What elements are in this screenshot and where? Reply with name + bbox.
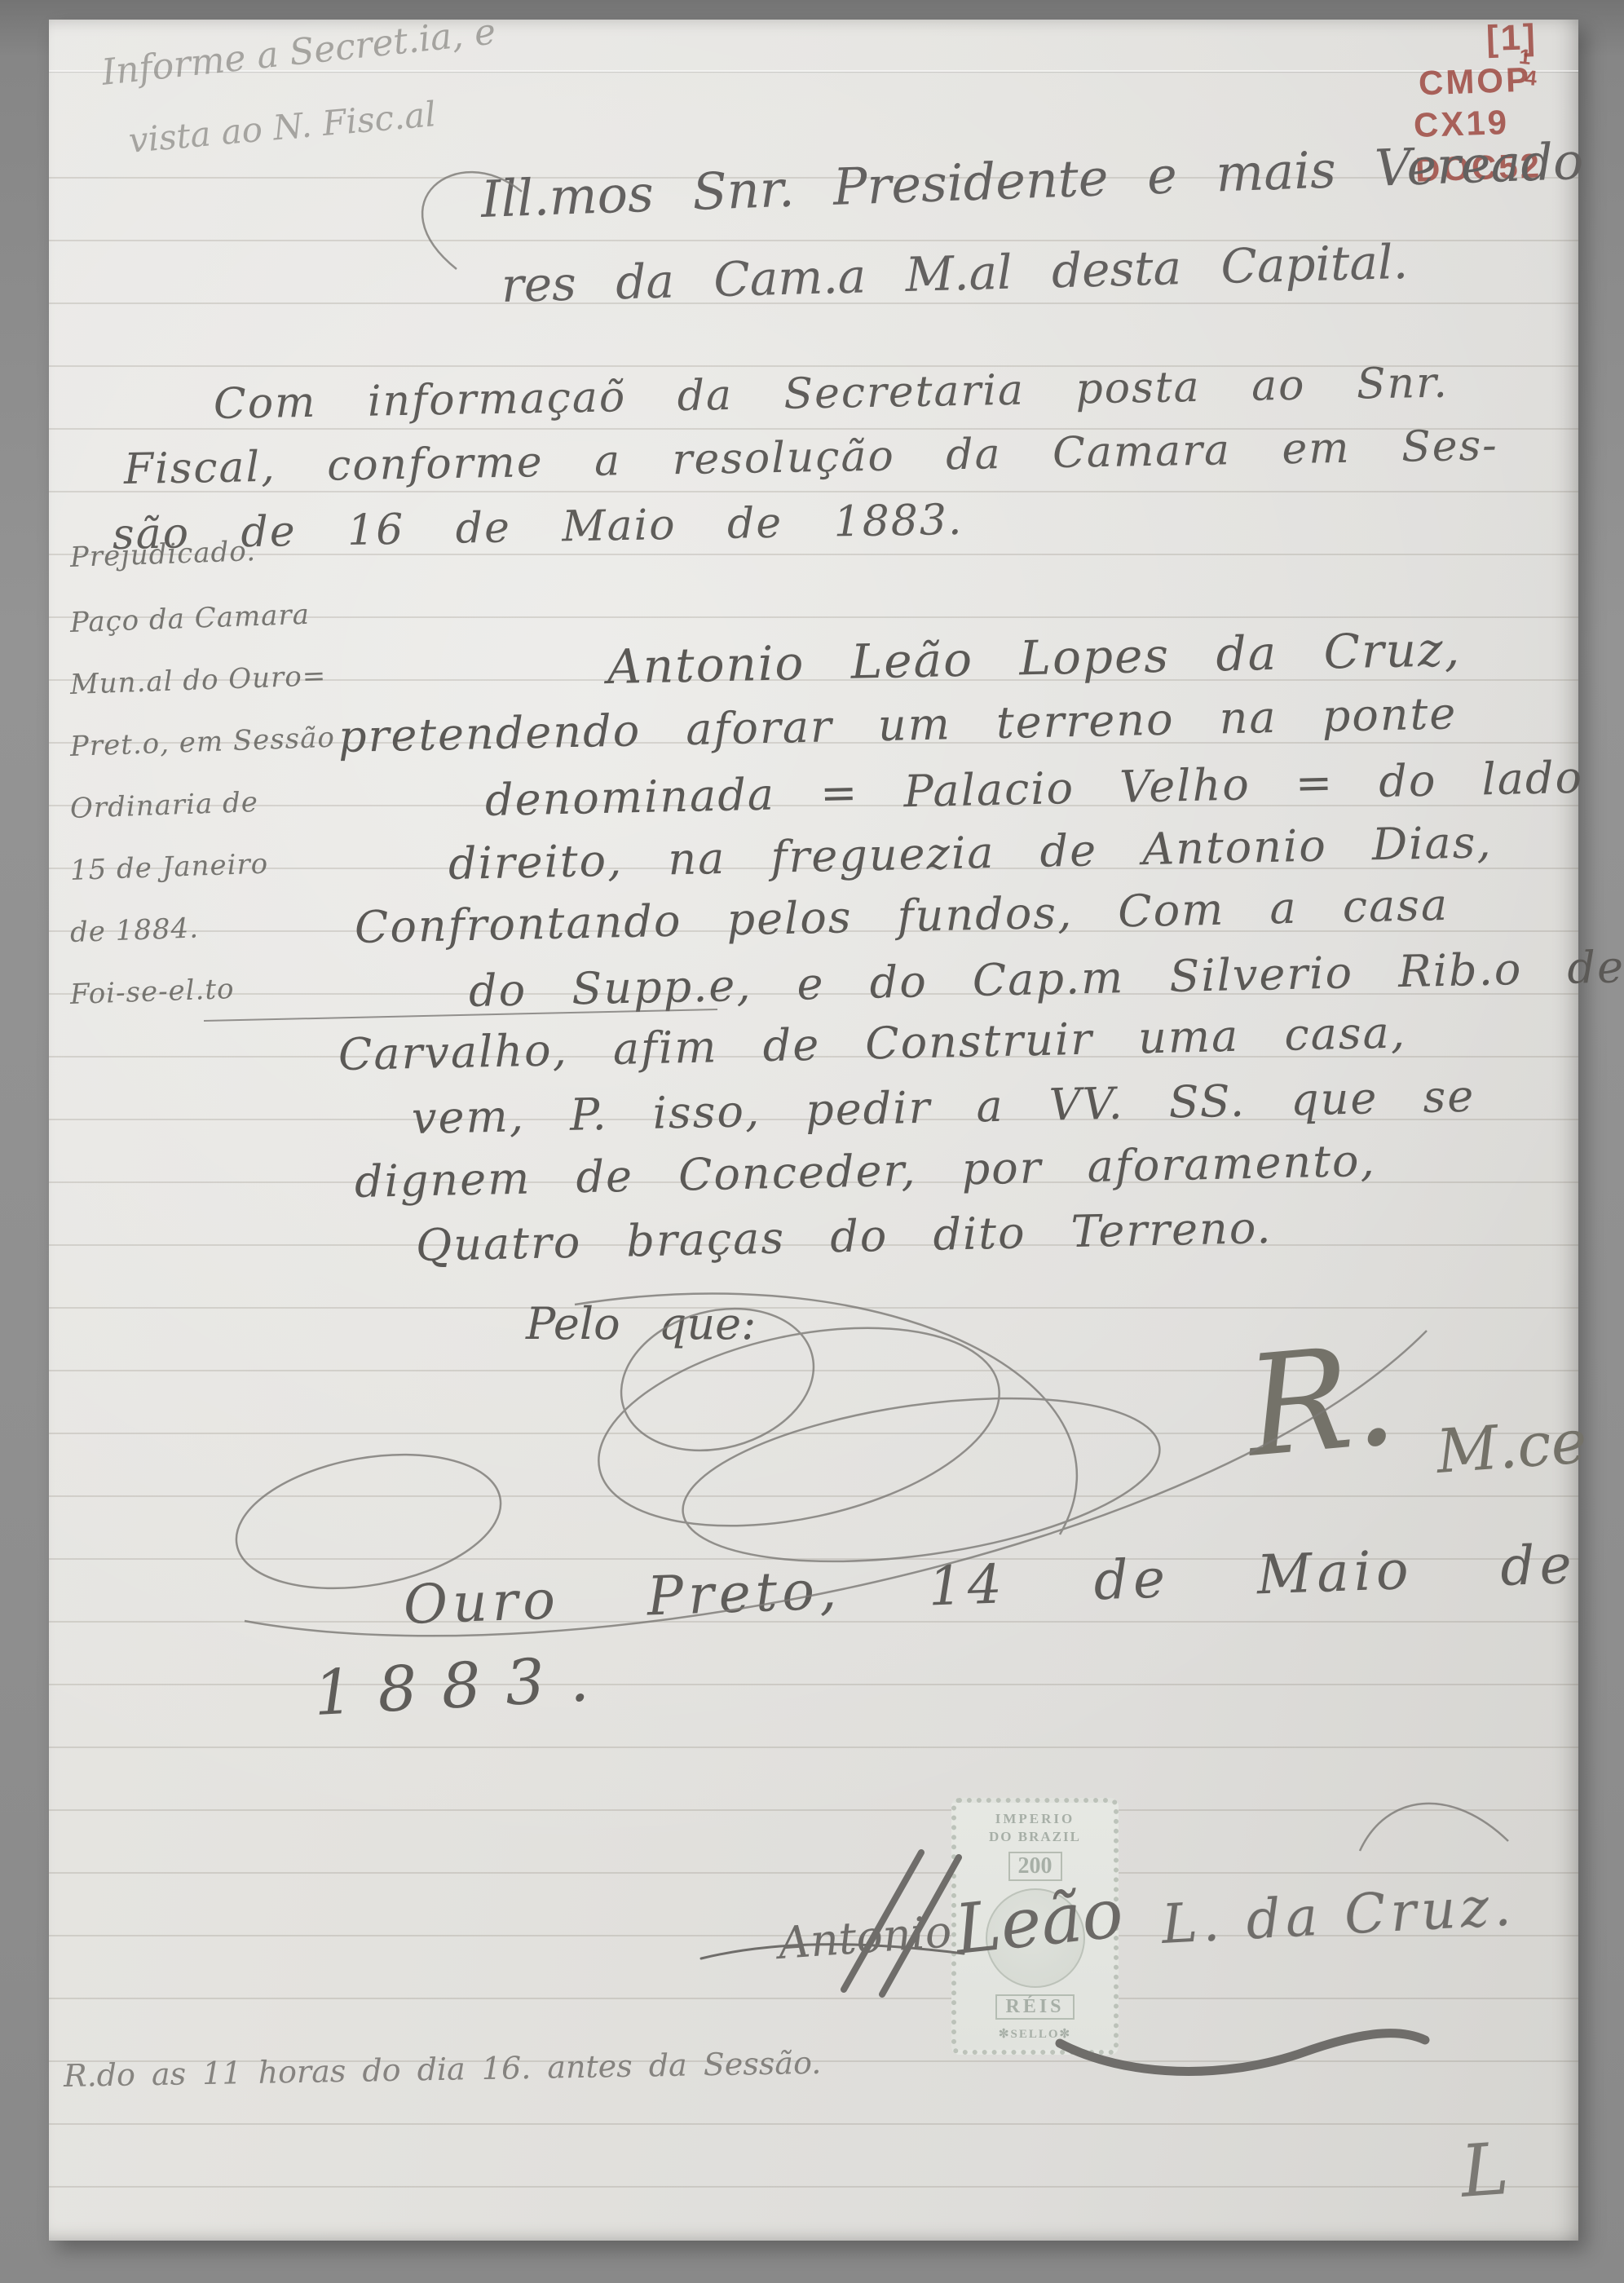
stamp-currency: RÉIS (995, 1994, 1074, 2020)
stamp-country-line-2: DO BRAZIL (989, 1829, 1081, 1845)
archive-fraction-bottom: 4 (1524, 67, 1540, 88)
archive-fund-code: CMOP (1418, 60, 1532, 104)
margin-note: Prejudicado. (69, 535, 256, 574)
stamp-value: 200 (1008, 1852, 1062, 1881)
archive-fraction: 1 4 (1516, 46, 1542, 89)
stamp-sello-banner: ✼SELLO✼ (999, 2026, 1071, 2042)
erm-letter-m: M.ce (1434, 1406, 1589, 1487)
margin-note: Foi-se-el.to (69, 973, 235, 1011)
corner-mark: L (1458, 2126, 1511, 2214)
erm-letter-r: R. (1240, 1315, 1402, 1489)
stamp-country-line-1: IMPERIO (995, 1811, 1075, 1827)
margin-note: 15 de Janeiro (69, 848, 269, 887)
pelo-que-line: Pelo que: (526, 1298, 756, 1349)
scanner-background: [1] CMOP 1 4 CX19 DOC52 Informe a Secret… (0, 0, 1624, 2283)
margin-note: de 1884. (69, 912, 199, 948)
margin-note: Ordinaria de (69, 786, 258, 825)
